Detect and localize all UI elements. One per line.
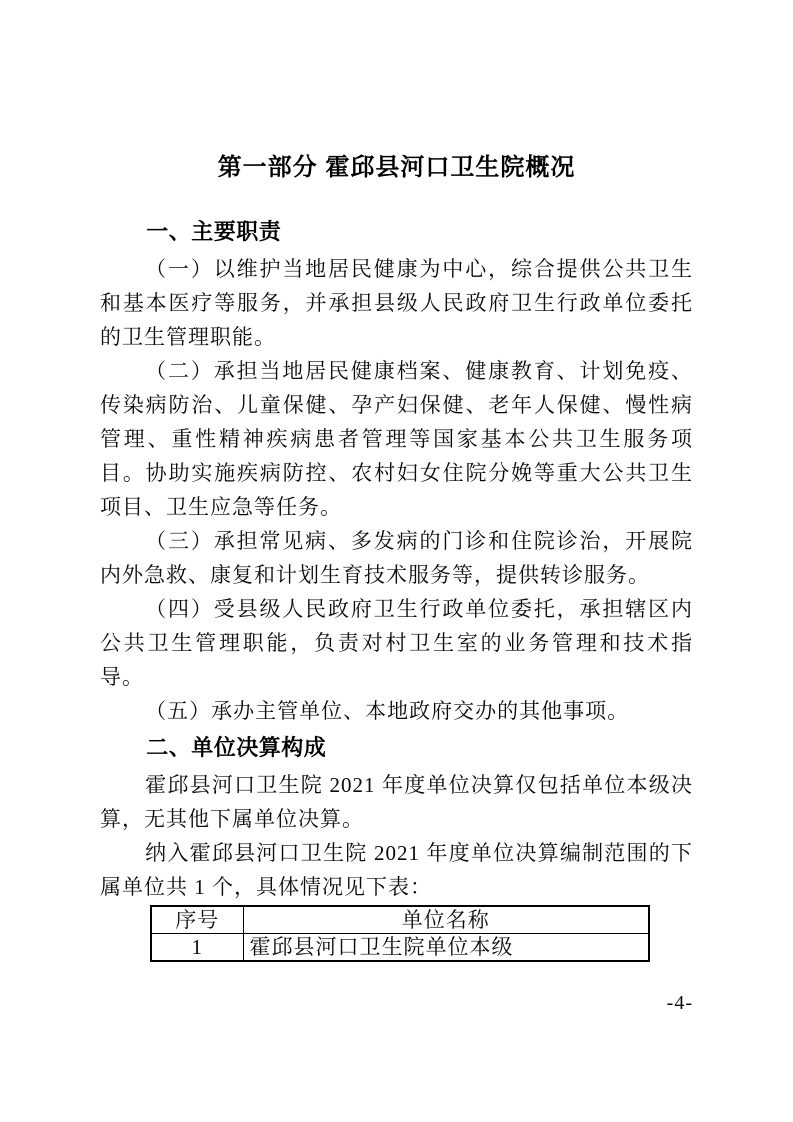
table-header: 序号 单位名称 bbox=[151, 906, 649, 934]
page-number: -4- bbox=[667, 992, 693, 1015]
table-header-row: 序号 单位名称 bbox=[151, 906, 649, 934]
section-1-heading: 一、主要职责 bbox=[100, 212, 693, 252]
table-body: 1 霍邱县河口卫生院单位本级 bbox=[151, 934, 649, 962]
section-1-paragraph-1: （一）以维护当地居民健康为中心，综合提供公共卫生和基本医疗等服务，并承担县级人民… bbox=[100, 252, 693, 354]
section-2-paragraph-1: 霍邱县河口卫生院 2021 年度单位决算仅包括单位本级决算，无其他下属单位决算。 bbox=[100, 768, 693, 836]
table-cell-seq: 1 bbox=[151, 934, 243, 962]
table-cell-unit-name: 霍邱县河口卫生院单位本级 bbox=[243, 934, 649, 962]
subordinate-unit-table: 序号 单位名称 1 霍邱县河口卫生院单位本级 bbox=[150, 905, 650, 962]
section-1-paragraph-4: （四）受县级人民政府卫生行政单位委托，承担辖区内公共卫生管理职能，负责对村卫生室… bbox=[100, 592, 693, 694]
table-row: 1 霍邱县河口卫生院单位本级 bbox=[151, 934, 649, 962]
section-2-paragraph-2: 纳入霍邱县河口卫生院 2021 年度单位决算编制范围的下属单位共 1 个，具体情… bbox=[100, 836, 693, 904]
page-title: 第一部分 霍邱县河口卫生院概况 bbox=[100, 150, 693, 186]
section-1-paragraph-5: （五）承办主管单位、本地政府交办的其他事项。 bbox=[100, 694, 693, 728]
document-page: 第一部分 霍邱县河口卫生院概况 一、主要职责 （一）以维护当地居民健康为中心，综… bbox=[0, 0, 793, 1122]
section-2-heading: 二、单位决算构成 bbox=[100, 728, 693, 768]
table-header-unit-name: 单位名称 bbox=[243, 906, 649, 934]
section-1-paragraph-3: （三）承担常见病、多发病的门诊和住院诊治，开展院内外急救、康复和计划生育技术服务… bbox=[100, 524, 693, 592]
page-content: 第一部分 霍邱县河口卫生院概况 一、主要职责 （一）以维护当地居民健康为中心，综… bbox=[100, 150, 693, 962]
table-header-seq: 序号 bbox=[151, 906, 243, 934]
section-1-paragraph-2: （二）承担当地居民健康档案、健康教育、计划免疫、传染病防治、儿童保健、孕产妇保健… bbox=[100, 354, 693, 524]
